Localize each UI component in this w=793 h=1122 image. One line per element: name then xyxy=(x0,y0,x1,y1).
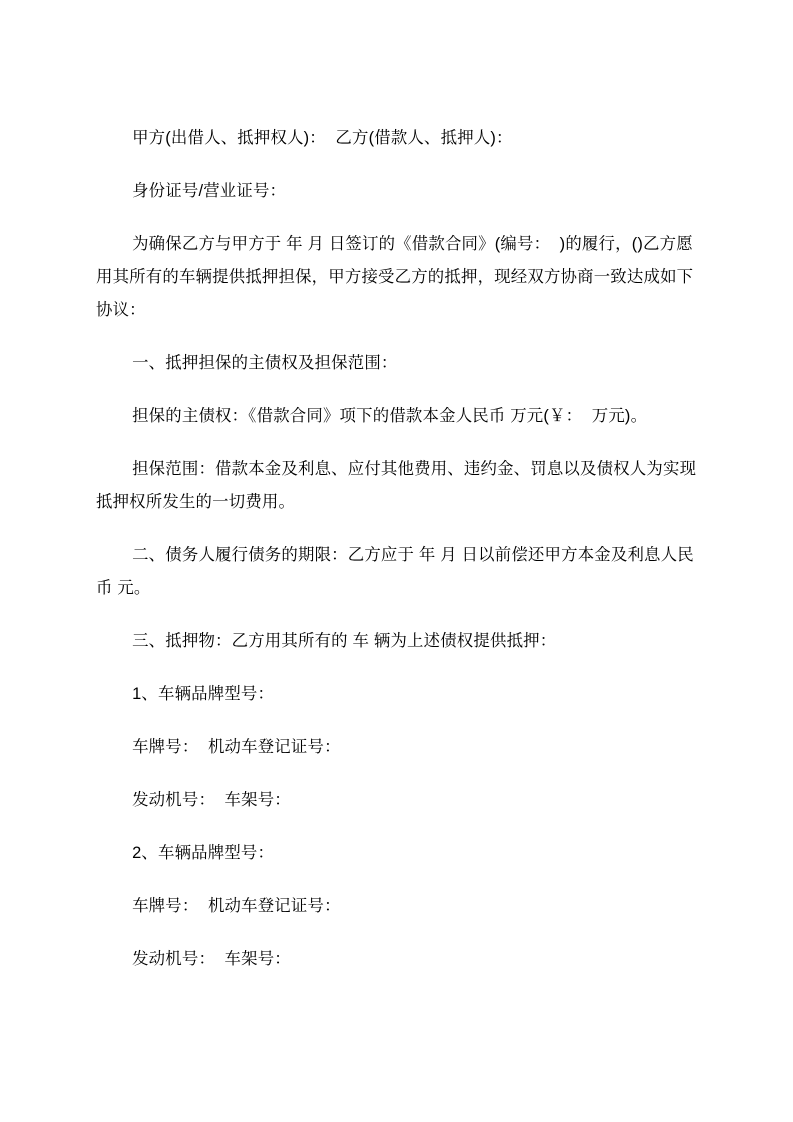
paragraph-preamble: 为确保乙方与甲方于 年 月 日签订的《借款合同》(编号： )的履行，()乙方愿用… xyxy=(96,228,700,327)
paragraph-guarantee-scope: 担保范围：借款本金及利息、应付其他费用、违约金、罚息以及债权人为实现抵押权所发生… xyxy=(96,453,700,519)
document-page: 甲方(出借人、抵押权人)： 乙方(借款人、抵押人)： 身份证号/营业证号： 为确… xyxy=(0,0,793,1122)
paragraph-vehicle-1-plate: 车牌号： 机动车登记证号： xyxy=(96,731,700,764)
paragraph-id-number-line: 身份证号/营业证号： xyxy=(96,175,700,208)
paragraph-vehicle-2-plate: 车牌号： 机动车登记证号： xyxy=(96,890,700,923)
paragraph-section-1-heading: 一、抵押担保的主债权及担保范围： xyxy=(96,347,700,380)
paragraph-vehicle-2-model: 2、车辆品牌型号： xyxy=(96,837,700,870)
paragraph-parties-line: 甲方(出借人、抵押权人)： 乙方(借款人、抵押人)： xyxy=(96,122,700,155)
paragraph-secured-claim: 担保的主债权：《借款合同》项下的借款本金人民币 万元(￥： 万元)。 xyxy=(96,400,700,433)
paragraph-vehicle-1-engine: 发动机号： 车架号： xyxy=(96,784,700,817)
paragraph-section-2-heading: 二、债务人履行债务的期限：乙方应于 年 月 日以前偿还甲方本金及利息人民币 元。 xyxy=(96,539,700,605)
paragraph-section-3-heading: 三、抵押物：乙方用其所有的 车 辆为上述债权提供抵押： xyxy=(96,625,700,658)
paragraph-vehicle-2-engine: 发动机号： 车架号： xyxy=(96,943,700,976)
paragraph-vehicle-1-model: 1、车辆品牌型号： xyxy=(96,678,700,711)
